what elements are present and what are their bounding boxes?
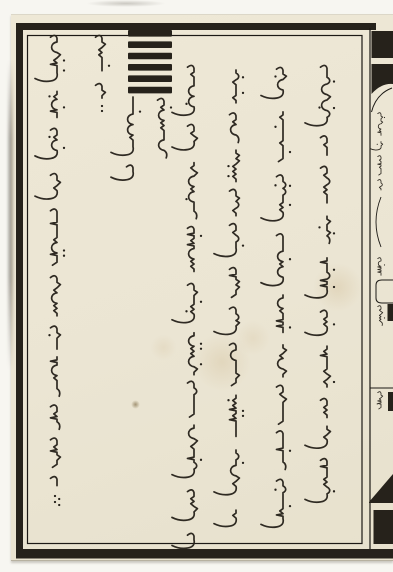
- fold-circle-edge: [376, 197, 381, 247]
- fold-arc-upper: [372, 88, 393, 112]
- printed-content: [0, 0, 393, 572]
- script-column-fold-text-1: [370, 113, 385, 150]
- frame-left-thick-border: [16, 23, 23, 557]
- script-column-fold-text-3: [378, 258, 385, 276]
- script-column-col-6: [214, 70, 244, 527]
- script-column-fold-text-2: [378, 156, 383, 190]
- hexagram-line-1: [128, 30, 172, 37]
- script-columns: [35, 35, 335, 548]
- fold-black-block-top: [372, 31, 393, 58]
- frame-bottom-thick-border: [16, 549, 393, 559]
- script-column-col-4-under-hexagram-right: [158, 98, 173, 157]
- hexagram-line-6: [128, 87, 172, 94]
- script-column-col-2-short-top: [96, 35, 111, 112]
- fold-fishtail-upper: [372, 64, 393, 94]
- fold-black-edge-1: [388, 304, 393, 321]
- fold-script-clusters: [370, 113, 385, 409]
- fold-medallion-half: [376, 280, 393, 303]
- fold-fishtail-lower: [369, 474, 393, 503]
- frame-top-thick-border: [16, 23, 376, 30]
- page-frame: [16, 23, 393, 559]
- script-column-fold-text-5: [377, 392, 383, 409]
- script-column-col-7: [261, 67, 291, 527]
- hexagram-line-3: [128, 53, 172, 60]
- hexagram-icon: [128, 30, 172, 93]
- fold-gutter-column: [362, 28, 393, 549]
- script-column-col-1-leftmost: [35, 35, 65, 506]
- hexagram-line-4: [128, 64, 172, 71]
- hexagram-line-2: [128, 41, 172, 48]
- script-column-fold-text-4: [378, 306, 385, 326]
- script-column-col-5: [172, 65, 202, 548]
- hexagram-line-5: [128, 75, 172, 82]
- book-page-scan: [0, 0, 393, 572]
- fold-black-edge-2: [388, 392, 393, 411]
- fold-black-block-bottom: [374, 510, 393, 544]
- script-column-col-8: [305, 65, 335, 502]
- script-column-col-3-under-hexagram-left: [111, 97, 141, 180]
